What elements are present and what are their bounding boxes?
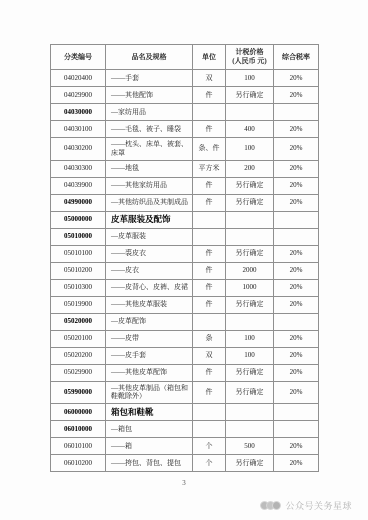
unit-cell: 件 bbox=[193, 364, 226, 381]
rate-cell bbox=[274, 404, 319, 421]
name-cell: 皮革服装及配饰 bbox=[106, 211, 193, 228]
table-row: 05020100——皮带条10020% bbox=[51, 330, 319, 347]
code-cell: 04029900 bbox=[51, 87, 106, 104]
name-cell: ——皮衣 bbox=[106, 262, 193, 279]
name-cell: ——枕头、床单、被套、床罩 bbox=[106, 138, 193, 161]
unit-cell: 平方米 bbox=[193, 160, 226, 177]
price-cell: 400 bbox=[226, 121, 274, 138]
table-row: 06010100——箱个50020% bbox=[51, 438, 319, 455]
code-cell: 04990000 bbox=[51, 194, 106, 211]
name-cell: ——其他皮革服装 bbox=[106, 296, 193, 313]
rate-cell: 20% bbox=[274, 262, 319, 279]
price-cell bbox=[226, 104, 274, 121]
column-header-price-line2: (人民币 元) bbox=[228, 57, 271, 66]
unit-cell: 双 bbox=[193, 70, 226, 87]
rate-cell bbox=[274, 104, 319, 121]
code-cell: 06000000 bbox=[51, 404, 106, 421]
document-page: 分类编号 品名及规格 单位 计税价格 (人民币 元) 综合税率 04020400… bbox=[0, 0, 368, 520]
code-cell: 06010000 bbox=[51, 421, 106, 438]
table-row: 05010200——皮衣件200020% bbox=[51, 262, 319, 279]
price-cell bbox=[226, 313, 274, 330]
name-cell: —其他皮革制品（箱包和鞋靴除外） bbox=[106, 381, 193, 404]
unit-cell: 件 bbox=[193, 177, 226, 194]
rate-cell: 20% bbox=[274, 279, 319, 296]
page-number: 3 bbox=[0, 479, 368, 487]
name-cell: —皮革服装 bbox=[106, 228, 193, 245]
table-row: 05020000—皮革配饰 bbox=[51, 313, 319, 330]
unit-cell: 件 bbox=[193, 381, 226, 404]
column-header-price-line1: 计税价格 bbox=[228, 48, 271, 57]
code-cell: 05020100 bbox=[51, 330, 106, 347]
price-cell: 500 bbox=[226, 438, 274, 455]
price-cell bbox=[226, 228, 274, 245]
rate-cell: 20% bbox=[274, 194, 319, 211]
unit-cell bbox=[193, 211, 226, 228]
price-cell: 2000 bbox=[226, 262, 274, 279]
code-cell: 06010100 bbox=[51, 438, 106, 455]
table-row: 04030200——枕头、床单、被套、床罩条、件10020% bbox=[51, 138, 319, 161]
wechat-logo-icon bbox=[272, 501, 281, 510]
table-row: 05010000—皮革服装 bbox=[51, 228, 319, 245]
price-cell bbox=[226, 421, 274, 438]
unit-cell bbox=[193, 104, 226, 121]
unit-cell: 条、件 bbox=[193, 138, 226, 161]
rate-cell: 20% bbox=[274, 364, 319, 381]
rate-cell bbox=[274, 211, 319, 228]
table-row: 05020200——皮手套双10020% bbox=[51, 347, 319, 364]
rate-cell: 20% bbox=[274, 245, 319, 262]
code-cell: 05010100 bbox=[51, 245, 106, 262]
unit-cell: 件 bbox=[193, 121, 226, 138]
table-header-row: 分类编号 品名及规格 单位 计税价格 (人民币 元) 综合税率 bbox=[51, 45, 319, 70]
rate-cell: 20% bbox=[274, 330, 319, 347]
table-row: 05029900——其他皮革配饰件另行确定20% bbox=[51, 364, 319, 381]
code-cell: 04030100 bbox=[51, 121, 106, 138]
table-row: 04020400——手套双10020% bbox=[51, 70, 319, 87]
rate-cell: 20% bbox=[274, 347, 319, 364]
rate-cell: 20% bbox=[274, 121, 319, 138]
name-cell: —家纺用品 bbox=[106, 104, 193, 121]
code-cell: 04030300 bbox=[51, 160, 106, 177]
price-cell: 另行确定 bbox=[226, 194, 274, 211]
rate-cell: 20% bbox=[274, 296, 319, 313]
price-cell: 100 bbox=[226, 138, 274, 161]
name-cell: 箱包和鞋靴 bbox=[106, 404, 193, 421]
table-row: 06000000箱包和鞋靴 bbox=[51, 404, 319, 421]
name-cell: —其他纺织品及其制成品 bbox=[106, 194, 193, 211]
name-cell: ——地毯 bbox=[106, 160, 193, 177]
table-row: 05010100——裘皮衣件另行确定20% bbox=[51, 245, 319, 262]
table-row: 06010200——挎包、背包、提包个另行确定20% bbox=[51, 455, 319, 472]
price-cell: 100 bbox=[226, 347, 274, 364]
watermark: 公众号关务星球 bbox=[260, 499, 352, 512]
price-cell: 另行确定 bbox=[226, 87, 274, 104]
rate-cell: 20% bbox=[274, 87, 319, 104]
unit-cell: 件 bbox=[193, 245, 226, 262]
code-cell: 04039900 bbox=[51, 177, 106, 194]
name-cell: ——皮手套 bbox=[106, 347, 193, 364]
code-cell: 05010200 bbox=[51, 262, 106, 279]
price-cell: 200 bbox=[226, 160, 274, 177]
name-cell: ——其他家纺用品 bbox=[106, 177, 193, 194]
price-cell bbox=[226, 404, 274, 421]
unit-cell bbox=[193, 313, 226, 330]
name-cell: ——其他配饰 bbox=[106, 87, 193, 104]
code-cell: 05010300 bbox=[51, 279, 106, 296]
code-cell: 05020200 bbox=[51, 347, 106, 364]
table-row: 06010000—箱包 bbox=[51, 421, 319, 438]
unit-cell: 件 bbox=[193, 296, 226, 313]
price-cell: 另行确定 bbox=[226, 455, 274, 472]
name-cell: ——皮带 bbox=[106, 330, 193, 347]
watermark-badges bbox=[260, 501, 283, 510]
table-row: 05010300——皮背心、皮裤、皮裙件100020% bbox=[51, 279, 319, 296]
name-cell: ——毛毯、被子、睡袋 bbox=[106, 121, 193, 138]
table-row: 04030000—家纺用品 bbox=[51, 104, 319, 121]
table-row: 04030300——地毯平方米20020% bbox=[51, 160, 319, 177]
column-header-rate: 综合税率 bbox=[274, 45, 319, 70]
unit-cell: 件 bbox=[193, 279, 226, 296]
price-cell: 另行确定 bbox=[226, 245, 274, 262]
unit-cell: 条 bbox=[193, 330, 226, 347]
unit-cell bbox=[193, 404, 226, 421]
rate-cell: 20% bbox=[274, 138, 319, 161]
rate-cell: 20% bbox=[274, 160, 319, 177]
rate-cell bbox=[274, 228, 319, 245]
price-cell: 1000 bbox=[226, 279, 274, 296]
table-row: 05019900——其他皮革服装件另行确定20% bbox=[51, 296, 319, 313]
name-cell: ——箱 bbox=[106, 438, 193, 455]
code-cell: 05000000 bbox=[51, 211, 106, 228]
price-cell: 100 bbox=[226, 330, 274, 347]
code-cell: 06010200 bbox=[51, 455, 106, 472]
table-row: 04990000—其他纺织品及其制成品件另行确定20% bbox=[51, 194, 319, 211]
rate-cell bbox=[274, 421, 319, 438]
table-row: 04029900——其他配饰件另行确定20% bbox=[51, 87, 319, 104]
unit-cell: 件 bbox=[193, 262, 226, 279]
column-header-code: 分类编号 bbox=[51, 45, 106, 70]
unit-cell: 件 bbox=[193, 87, 226, 104]
table-row: 05990000—其他皮革制品（箱包和鞋靴除外）件另行确定20% bbox=[51, 381, 319, 404]
code-cell: 05020000 bbox=[51, 313, 106, 330]
name-cell: ——手套 bbox=[106, 70, 193, 87]
price-cell: 另行确定 bbox=[226, 296, 274, 313]
tariff-table: 分类编号 品名及规格 单位 计税价格 (人民币 元) 综合税率 04020400… bbox=[50, 44, 319, 472]
rate-cell: 20% bbox=[274, 70, 319, 87]
price-cell: 另行确定 bbox=[226, 364, 274, 381]
price-cell bbox=[226, 211, 274, 228]
rate-cell bbox=[274, 313, 319, 330]
unit-cell: 个 bbox=[193, 455, 226, 472]
rate-cell: 20% bbox=[274, 177, 319, 194]
name-cell: —箱包 bbox=[106, 421, 193, 438]
code-cell: 05990000 bbox=[51, 381, 106, 404]
code-cell: 04030200 bbox=[51, 138, 106, 161]
price-cell: 另行确定 bbox=[226, 381, 274, 404]
watermark-text: 公众号关务星球 bbox=[285, 499, 352, 512]
name-cell: ——裘皮衣 bbox=[106, 245, 193, 262]
rate-cell: 20% bbox=[274, 438, 319, 455]
table-row: 05000000皮革服装及配饰 bbox=[51, 211, 319, 228]
tariff-table-body: 04020400——手套双10020%04029900——其他配饰件另行确定20… bbox=[51, 70, 319, 472]
code-cell: 04020400 bbox=[51, 70, 106, 87]
unit-cell: 个 bbox=[193, 438, 226, 455]
name-cell: —皮革配饰 bbox=[106, 313, 193, 330]
code-cell: 04030000 bbox=[51, 104, 106, 121]
unit-cell bbox=[193, 421, 226, 438]
name-cell: ——其他皮革配饰 bbox=[106, 364, 193, 381]
column-header-name: 品名及规格 bbox=[106, 45, 193, 70]
name-cell: ——挎包、背包、提包 bbox=[106, 455, 193, 472]
column-header-unit: 单位 bbox=[193, 45, 226, 70]
code-cell: 05029900 bbox=[51, 364, 106, 381]
table-row: 04030100——毛毯、被子、睡袋件40020% bbox=[51, 121, 319, 138]
table-row: 04039900——其他家纺用品件另行确定20% bbox=[51, 177, 319, 194]
unit-cell: 件 bbox=[193, 194, 226, 211]
column-header-price: 计税价格 (人民币 元) bbox=[226, 45, 274, 70]
rate-cell: 20% bbox=[274, 455, 319, 472]
code-cell: 05019900 bbox=[51, 296, 106, 313]
price-cell: 100 bbox=[226, 70, 274, 87]
unit-cell: 双 bbox=[193, 347, 226, 364]
unit-cell bbox=[193, 228, 226, 245]
rate-cell: 20% bbox=[274, 381, 319, 404]
price-cell: 另行确定 bbox=[226, 177, 274, 194]
name-cell: ——皮背心、皮裤、皮裙 bbox=[106, 279, 193, 296]
code-cell: 05010000 bbox=[51, 228, 106, 245]
